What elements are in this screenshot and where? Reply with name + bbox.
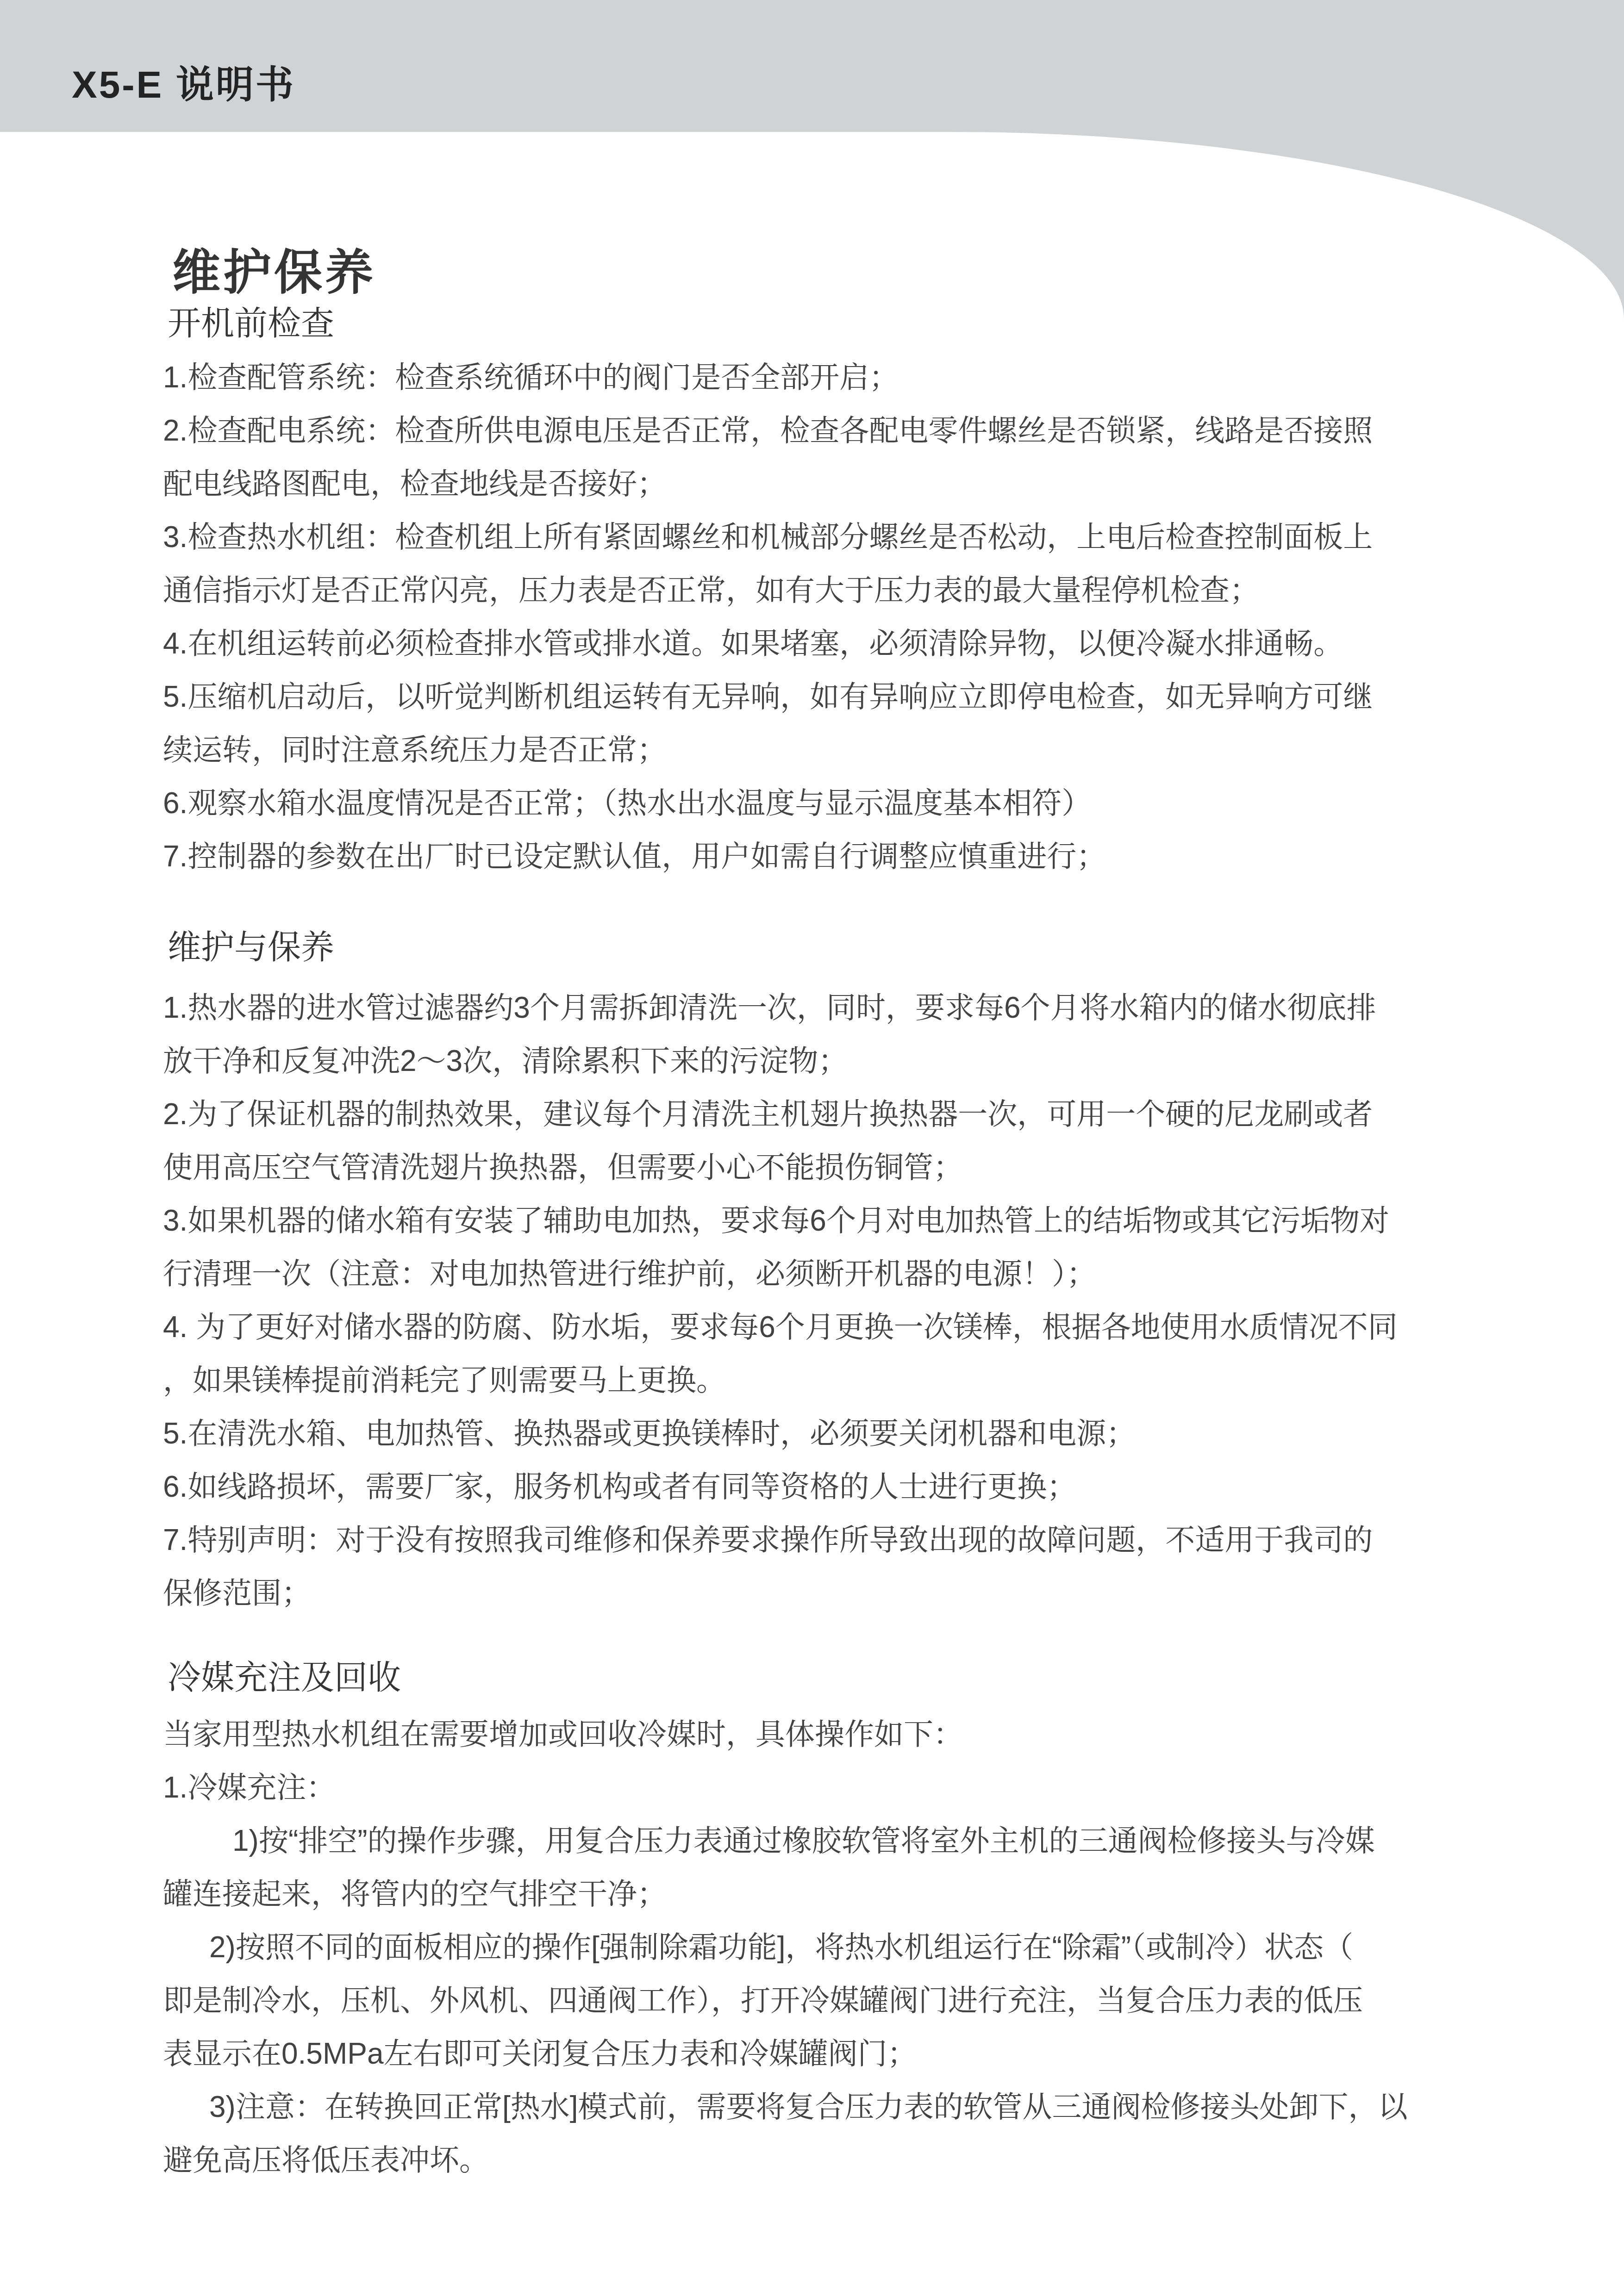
text-line: 3.如果机器的储水箱有安装了辅助电加热，要求每6个月对电加热管上的结垢物或其它污…	[163, 1194, 1605, 1247]
manual-title: X5-E 说明书	[72, 55, 295, 109]
text-line: 5.压缩机启动后，以听觉判断机组运转有无异响，如有异响应立即停电检查，如无异响方…	[163, 670, 1605, 723]
text-line: 1.冷媒充注：	[163, 1761, 1605, 1814]
text-line: 7.控制器的参数在出厂时已设定默认值，用户如需自行调整应慎重进行；	[163, 830, 1605, 883]
text-line: 6.如线路损坏，需要厂家，服务机构或者有同等资格的人士进行更换；	[163, 1460, 1605, 1513]
text-line: 当家用型热水机组在需要增加或回收冷媒时，具体操作如下：	[163, 1708, 1605, 1761]
section-heading: 维护与保养	[168, 930, 334, 965]
text-line: 通信指示灯是否正常闪亮，压力表是否正常，如有大于压力表的最大量程停机检查；	[163, 564, 1605, 617]
text-line: 使用高压空气管清洗翅片换热器，但需要小心不能损伤铜管；	[163, 1141, 1605, 1194]
section-body: 1.检查配管系统：检查系统循环中的阀门是否全部开启；2.检查配电系统：检查所供电…	[163, 351, 1605, 883]
text-line: 4.在机组运转前必须检查排水管或排水道。如果堵塞，必须清除异物，以便冷凝水排通畅…	[163, 617, 1605, 670]
text-line: ，如果镁棒提前消耗完了则需要马上更换。	[163, 1354, 1605, 1407]
section-heading: 开机前检查	[168, 306, 334, 342]
text-line: 1.热水器的进水管过滤器约3个月需拆卸清洗一次，同时，要求每6个月将水箱内的储水…	[163, 981, 1605, 1034]
section-heading: 冷媒充注及回收	[168, 1661, 401, 1696]
text-line: 2)按照不同的面板相应的操作[强制除霜功能]，将热水机组运行在“除霜”（或制冷）…	[163, 1921, 1605, 1974]
text-line: 配电线路图配电，检查地线是否接好；	[163, 457, 1605, 510]
text-line: 放干净和反复冲洗2～3次，清除累积下来的污淀物；	[163, 1034, 1605, 1088]
text-line: 5.在清洗水箱、电加热管、换热器或更换镁棒时，必须要关闭机器和电源；	[163, 1407, 1605, 1460]
text-line: 避免高压将低压表冲坏。	[163, 2134, 1605, 2187]
text-line: 保修范围；	[163, 1567, 1605, 1620]
section-body: 1.热水器的进水管过滤器约3个月需拆卸清洗一次，同时，要求每6个月将水箱内的储水…	[163, 981, 1605, 1620]
text-line: 3)注意：在转换回正常[热水]模式前，需要将复合压力表的软管从三通阀检修接头处卸…	[163, 2080, 1605, 2134]
text-line: 7.特别声明：对于没有按照我司维修和保养要求操作所导致出现的故障问题，不适用于我…	[163, 1513, 1605, 1567]
section-body: 当家用型热水机组在需要增加或回收冷媒时，具体操作如下：1.冷媒充注：1)按“排空…	[163, 1708, 1605, 2187]
text-line: 表显示在0.5MPa左右即可关闭复合压力表和冷媒罐阀门；	[163, 2027, 1605, 2080]
text-line: 续运转，同时注意系统压力是否正常；	[163, 723, 1605, 777]
text-line: 1.检查配管系统：检查系统循环中的阀门是否全部开启；	[163, 351, 1605, 404]
text-line: 6.观察水箱水温度情况是否正常；（热水出水温度与显示温度基本相符）	[163, 777, 1605, 830]
text-line: 即是制冷水，压机、外风机、四通阀工作），打开冷媒罐阀门进行充注，当复合压力表的低…	[163, 1974, 1605, 2027]
text-line: 4. 为了更好对储水器的防腐、防水垢，要求每6个月更换一次镁棒，根据各地使用水质…	[163, 1300, 1605, 1354]
page-title: 维护保养	[172, 234, 376, 303]
text-line: 2.检查配电系统：检查所供电源电压是否正常，检查各配电零件螺丝是否锁紧，线路是否…	[163, 404, 1605, 457]
text-line: 3.检查热水机组：检查机组上所有紧固螺丝和机械部分螺丝是否松动，上电后检查控制面…	[163, 510, 1605, 564]
text-line: 2.为了保证机器的制热效果，建议每个月清洗主机翅片换热器一次，可用一个硬的尼龙刷…	[163, 1088, 1605, 1141]
text-line: 1)按“排空”的操作步骤，用复合压力表通过橡胶软管将室外主机的三通阀检修接头与冷…	[163, 1814, 1605, 1867]
text-line: 行清理一次（注意：对电加热管进行维护前，必须断开机器的电源！）；	[163, 1247, 1605, 1300]
text-line: 罐连接起来，将管内的空气排空干净；	[163, 1867, 1605, 1921]
